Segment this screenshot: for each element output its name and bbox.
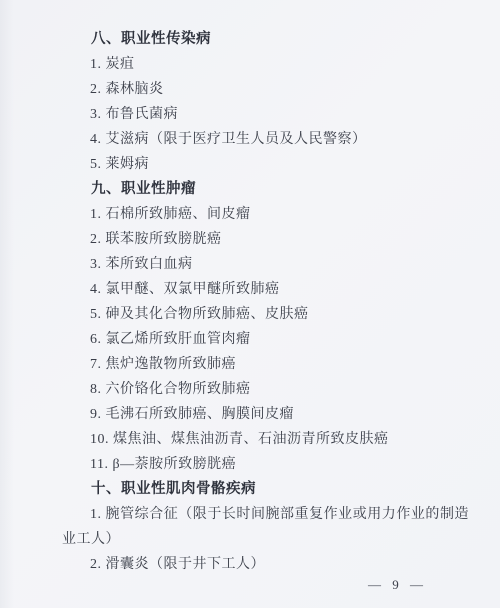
list-item: 5. 莱姆病 (62, 152, 469, 177)
section-heading: 八、职业性传染病 (62, 27, 469, 52)
list-item: 3. 苯所致白血病 (62, 252, 469, 277)
list-item: 2. 联苯胺所致膀胱癌 (62, 227, 469, 252)
section-heading: 十、职业性肌肉骨骼疾病 (62, 477, 469, 502)
list-item: 9. 毛沸石所致肺癌、胸膜间皮瘤 (62, 402, 469, 427)
list-item: 10. 煤焦油、煤焦油沥青、石油沥青所致皮肤癌 (62, 427, 469, 452)
list-item: 4. 艾滋病（限于医疗卫生人员及人民警察） (62, 127, 469, 152)
scanned-document-page: 八、职业性传染病1. 炭疽2. 森林脑炎3. 布鲁氏菌病4. 艾滋病（限于医疗卫… (0, 0, 500, 608)
list-item: 8. 六价铬化合物所致肺癌 (62, 377, 469, 402)
list-item: 3. 布鲁氏菌病 (62, 102, 469, 127)
list-item: 7. 焦炉逸散物所致肺癌 (62, 352, 469, 377)
list-item: 1. 腕管综合征（限于长时间腕部重复作业或用力作业的制造业工人） (62, 502, 469, 552)
list-item: 6. 氯乙烯所致肝血管肉瘤 (62, 327, 469, 352)
page-number: — 9 — (368, 578, 424, 591)
document-content: 八、职业性传染病1. 炭疽2. 森林脑炎3. 布鲁氏菌病4. 艾滋病（限于医疗卫… (62, 27, 469, 577)
list-item: 11. β—萘胺所致膀胱癌 (62, 452, 469, 477)
section-heading: 九、职业性肿瘤 (62, 177, 469, 202)
list-item: 1. 石棉所致肺癌、间皮瘤 (62, 202, 469, 227)
list-item: 2. 滑囊炎（限于井下工人） (62, 552, 469, 577)
list-item: 1. 炭疽 (62, 52, 469, 77)
list-item: 5. 砷及其化合物所致肺癌、皮肤癌 (62, 302, 469, 327)
list-item: 4. 氯甲醚、双氯甲醚所致肺癌 (62, 277, 469, 302)
list-item: 2. 森林脑炎 (62, 77, 469, 102)
